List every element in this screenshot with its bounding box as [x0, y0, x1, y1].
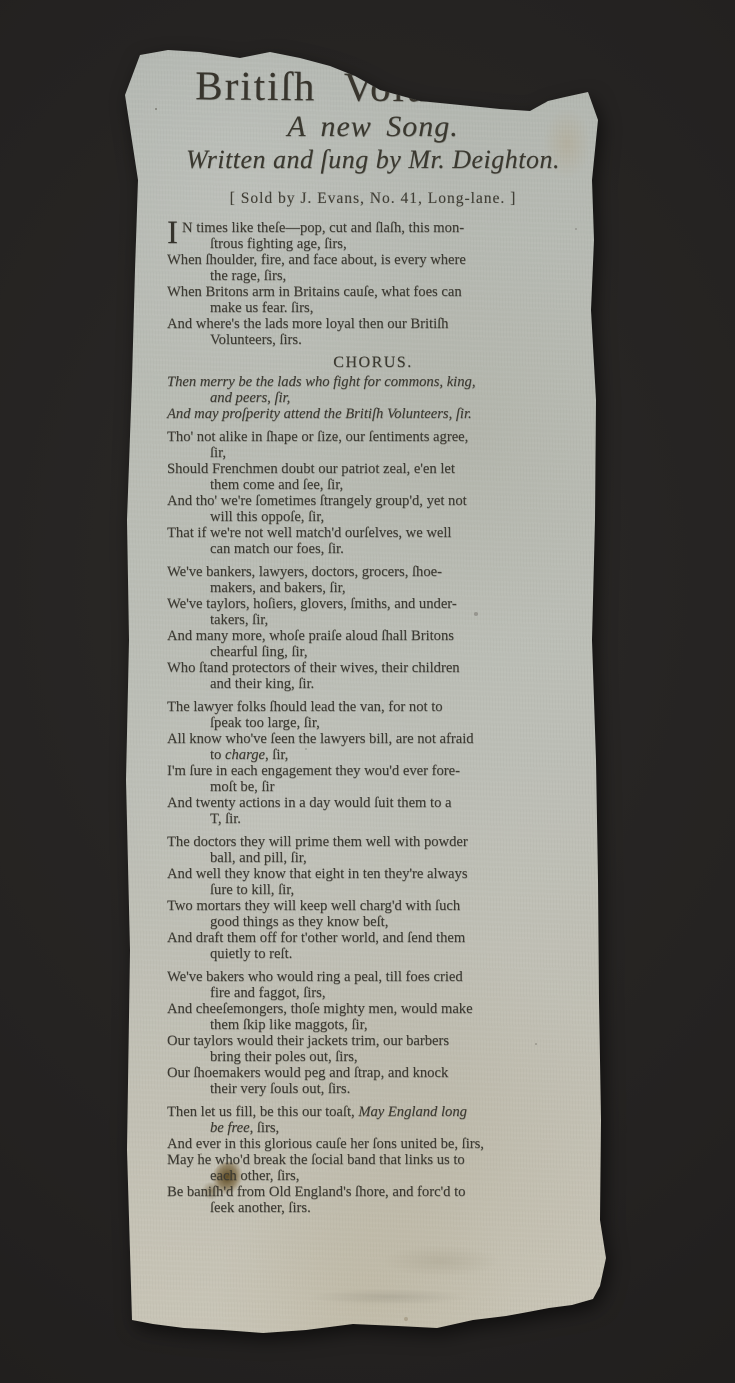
song-line: Volunteers, ſirs. — [167, 332, 579, 348]
foxing-specks — [155, 108, 157, 110]
song-line: can match our foes, ſir. — [167, 541, 579, 557]
song-line: make us fear. ſirs, — [167, 300, 579, 316]
song-subtitle: A new Song. — [167, 110, 579, 144]
stanza: We've bankers, lawyers, doctors, grocers… — [167, 564, 579, 692]
stanza: The lawyer folks ſhould lead the van, fo… — [167, 699, 579, 827]
song-line: them come and ſee, ſir, — [167, 477, 579, 493]
song-line: Our taylors would their jackets trim, ou… — [167, 1033, 579, 1049]
song-line: Then merry be the lads who fight for com… — [167, 374, 579, 390]
song-body: IN times like theſe—pop, cut and ſlaſh, … — [167, 220, 579, 1223]
faint-marks-bottom — [283, 1286, 493, 1308]
chorus-heading: CHORUS. — [167, 355, 579, 371]
song-line: ſtrous fighting age, ſirs, — [167, 236, 579, 252]
song-line: We've bakers who would ring a peal, till… — [167, 969, 579, 985]
song-line: and their king, ſir. — [167, 676, 579, 692]
song-line: makers, and bakers, ſir, — [167, 580, 579, 596]
song-line: ſeek another, ſirs. — [167, 1200, 579, 1216]
song-line: ball, and pill, ſir, — [167, 850, 579, 866]
song-line: their very ſouls out, ſirs. — [167, 1081, 579, 1097]
song-line: good things as they know beſt, — [167, 914, 579, 930]
song-line: The lawyer folks ſhould lead the van, fo… — [167, 699, 579, 715]
song-line: And draft them off for t'other world, an… — [167, 930, 579, 946]
song-line: Our ſhoemakers would peg and ſtrap, and … — [167, 1065, 579, 1081]
stanza: IN times like theſe—pop, cut and ſlaſh, … — [167, 220, 579, 348]
song-byline: Written and ſung by Mr. Deighton. — [167, 145, 579, 175]
stanza: Then merry be the lads who fight for com… — [167, 374, 579, 422]
song-line: IN times like theſe—pop, cut and ſlaſh, … — [167, 220, 579, 236]
stanza: Then let us fill, be this our toaſt, May… — [167, 1104, 579, 1216]
song-line: be free, ſirs, — [167, 1120, 579, 1136]
song-line: The doctors they will prime them well wi… — [167, 834, 579, 850]
song-line: When ſhoulder, fire, and face about, is … — [167, 252, 579, 268]
song-line: We've bankers, lawyers, doctors, grocers… — [167, 564, 579, 580]
stanza: The doctors they will prime them well wi… — [167, 834, 579, 962]
dark-backing-board: Britiſh Volunteers. A new Song. Written … — [0, 0, 735, 1383]
song-line: the rage, ſirs, — [167, 268, 579, 284]
song-line: And well they know that eight in ten the… — [167, 866, 579, 882]
song-line: And may proſperity attend the Britiſh Vo… — [167, 406, 579, 422]
song-line: quietly to reſt. — [167, 946, 579, 962]
faint-stain-bottom — [363, 1240, 518, 1282]
song-line: And twenty actions in a day would ſuit t… — [167, 795, 579, 811]
song-line: them ſkip like maggots, ſir, — [167, 1017, 579, 1033]
song-line: takers, ſir, — [167, 612, 579, 628]
song-line: We've taylors, hoſiers, glovers, ſmiths,… — [167, 596, 579, 612]
song-line: And ever in this glorious cauſe her ſons… — [167, 1136, 579, 1152]
stanza: We've bakers who would ring a peal, till… — [167, 969, 579, 1097]
stanza: Tho' not alike in ſhape or ſize, our ſen… — [167, 429, 579, 557]
song-line: Two mortars they will keep well charg'd … — [167, 898, 579, 914]
torn-broadside-paper: Britiſh Volunteers. A new Song. Written … — [115, 48, 615, 1340]
song-line: moſt be, ſir — [167, 779, 579, 795]
song-line: Then let us fill, be this our toaſt, May… — [167, 1104, 579, 1120]
song-line: I'm ſure in each engagement they wou'd e… — [167, 763, 579, 779]
song-line: When Britons arm in Britains cauſe, what… — [167, 284, 579, 300]
song-line: and peers, ſir, — [167, 390, 579, 406]
song-line: ſure to kill, ſir, — [167, 882, 579, 898]
song-line: chearful ſing, ſir, — [167, 644, 579, 660]
song-line: Be baniſh'd from Old England's ſhore, an… — [167, 1184, 579, 1200]
song-line: Tho' not alike in ſhape or ſize, our ſen… — [167, 429, 579, 445]
song-line: to charge, ſir, — [167, 747, 579, 763]
song-title: Britiſh Volunteers. — [167, 65, 579, 110]
song-line: fire and faggot, ſirs, — [167, 985, 579, 1001]
song-line: T, ſir. — [167, 811, 579, 827]
song-line: And tho' we're ſometimes ſtrangely group… — [167, 493, 579, 509]
drop-cap: I — [167, 219, 182, 248]
screenshot-root: { "colors": { "background": "#232120", "… — [0, 0, 735, 1383]
song-line: And cheeſemongers, thoſe mighty men, wou… — [167, 1001, 579, 1017]
imprint-line: [ Sold by J. Evans, No. 41, Long-lane. ] — [167, 190, 579, 208]
song-line: bring their poles out, ſirs, — [167, 1049, 579, 1065]
song-line: And many more, whoſe praiſe aloud ſhall … — [167, 628, 579, 644]
song-line: will this oppoſe, ſir, — [167, 509, 579, 525]
song-line: May he who'd break the ſocial band that … — [167, 1152, 579, 1168]
song-line: Who ſtand protectors of their wives, the… — [167, 660, 579, 676]
paper-shadow-wrapper: Britiſh Volunteers. A new Song. Written … — [0, 0, 735, 1383]
song-line: And where's the lads more loyal then our… — [167, 316, 579, 332]
song-line: That if we're not well match'd ourſelves… — [167, 525, 579, 541]
song-line: ſpeak too large, ſir, — [167, 715, 579, 731]
song-line: ſir, — [167, 445, 579, 461]
song-line: each other, ſirs, — [167, 1168, 579, 1184]
song-line: Should Frenchmen doubt our patriot zeal,… — [167, 461, 579, 477]
song-line: All know who've ſeen the lawyers bill, a… — [167, 731, 579, 747]
